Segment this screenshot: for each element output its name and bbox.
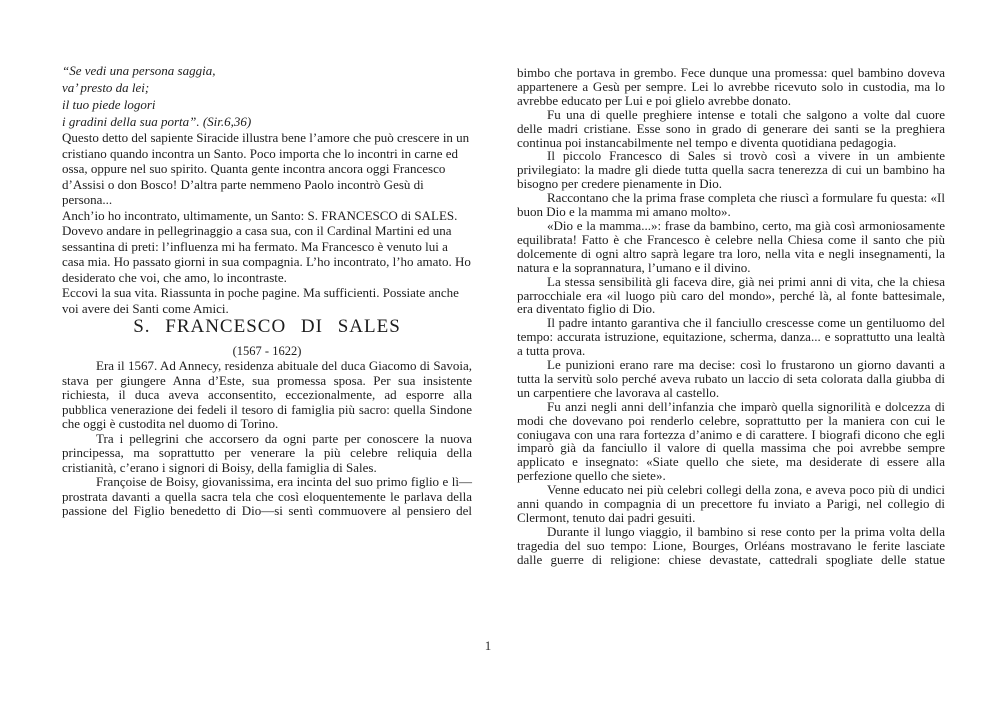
- body-paragraph: Fu una di quelle preghiere intense e tot…: [517, 108, 945, 150]
- intro-paragraph: Anch’io ho incontrato, ultimamente, un S…: [62, 208, 472, 286]
- intro-paragraph: Questo detto del sapiente Siracide illus…: [62, 130, 472, 208]
- body-paragraph: Fu anzi negli anni dell’infanzia che imp…: [517, 400, 945, 483]
- section-title: S. FRANCESCO DI SALES: [62, 316, 472, 338]
- body-paragraph: Françoise de Boisy, giovanissima, era in…: [62, 475, 472, 519]
- intro-paragraph: Eccovi la sua vita. Riassunta in poche p…: [62, 285, 472, 316]
- body-paragraph: «Dio e la mamma...»: frase da bambino, c…: [517, 219, 945, 275]
- body-paragraph: Era il 1567. Ad Annecy, residenza abitua…: [62, 359, 472, 432]
- body-paragraph: Il padre intanto garantiva che il fanciu…: [517, 316, 945, 358]
- body-paragraph: Venne educato nei più celebri collegi de…: [517, 483, 945, 525]
- section-subtitle: (1567 - 1622): [62, 344, 472, 359]
- body-paragraph: bimbo che portava in grembo. Fece dunque…: [517, 66, 945, 108]
- document-page: “Se vedi una persona saggia, va’ presto …: [0, 0, 992, 701]
- left-column: “Se vedi una persona saggia, va’ presto …: [62, 62, 472, 519]
- body-paragraph: La stessa sensibilità gli faceva dire, g…: [517, 275, 945, 317]
- page-number: 1: [0, 638, 976, 654]
- body-paragraph: Tra i pellegrini che accorsero da ogni p…: [62, 432, 472, 476]
- body-paragraph: Il piccolo Francesco di Sales si trovò c…: [517, 149, 945, 191]
- body-paragraph: Le punizioni erano rare ma decise: così …: [517, 358, 945, 400]
- body-paragraph: Durante il lungo viaggio, il bambino si …: [517, 525, 945, 567]
- epigraph-line: i gradini della sua porta”. (Sir.6,36): [62, 113, 472, 130]
- epigraph: “Se vedi una persona saggia, va’ presto …: [62, 62, 472, 130]
- body-paragraph: Raccontano che la prima frase completa c…: [517, 191, 945, 219]
- right-column: bimbo che portava in grembo. Fece dunque…: [517, 66, 945, 567]
- epigraph-line: “Se vedi una persona saggia,: [62, 62, 472, 79]
- epigraph-line: il tuo piede logori: [62, 96, 472, 113]
- epigraph-line: va’ presto da lei;: [62, 79, 472, 96]
